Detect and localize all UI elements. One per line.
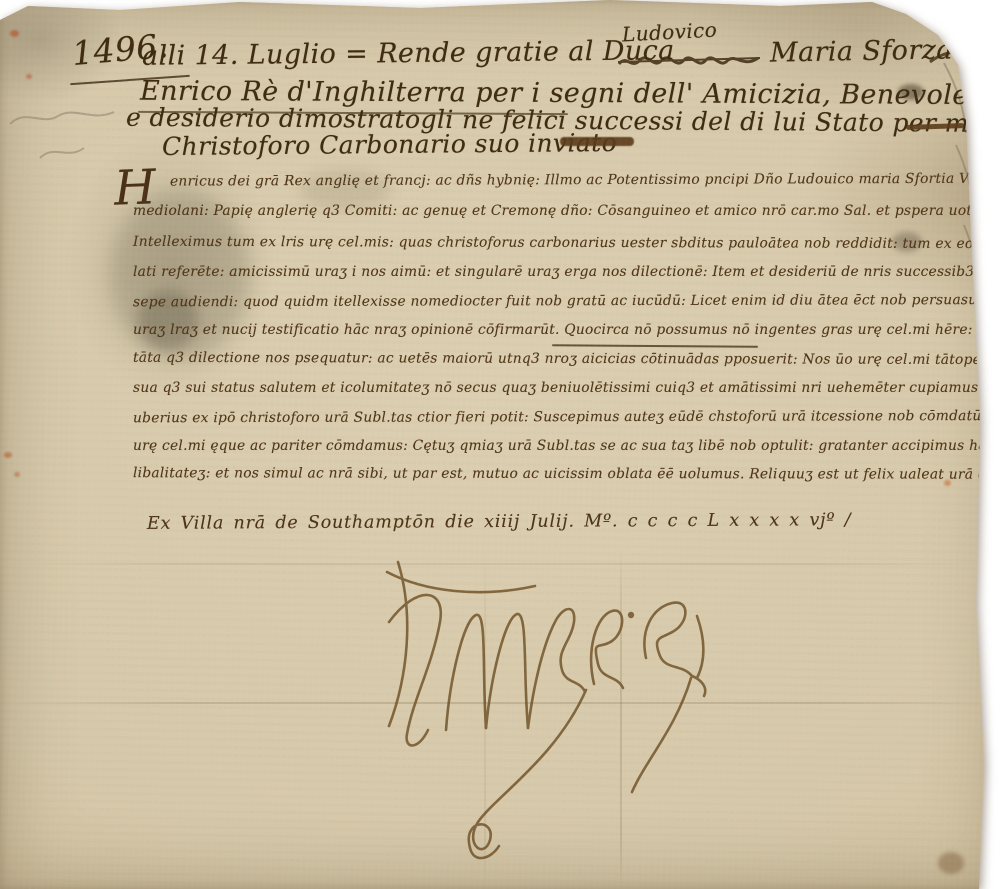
letter-line: sua q3 sui status salutem et icolumitate…	[133, 380, 1000, 396]
letter-line: uberius ex ipō christoforo urā Subl.tas …	[133, 408, 1000, 427]
rust-spot	[10, 30, 19, 37]
dateline: Ex Villa nrā de Southamptōn die xiiij Ju…	[147, 510, 852, 534]
letter-line: sepe audiendi: quod quidm itellexisse no…	[133, 292, 1000, 311]
ink-scribble-cancellation	[616, 48, 764, 74]
note-line1-name: Maria Sforza	[770, 34, 953, 68]
rust-spot	[14, 472, 20, 477]
parchment-sheet: 1496. alli 14. Luglio = Rende gratie al …	[0, 0, 1000, 889]
letter-line: libalitateʒ: et nos simul ac nrā sibi, u…	[133, 465, 1000, 483]
note-line1: alli 14. Luglio = Rende gratie al Duca	[142, 35, 675, 72]
note-line4: Christoforo Carbonario suo inviato	[162, 128, 617, 161]
manuscript-scan: 1496. alli 14. Luglio = Rende gratie al …	[0, 0, 1000, 889]
note-interlinear-name: Ludovico	[621, 18, 717, 47]
letter-line: lati referēte: amicissimū uraʒ i nos aim…	[133, 264, 1000, 280]
parchment-sheet-wrap: 1496. alli 14. Luglio = Rende gratie al …	[0, 0, 1000, 889]
stain-bottom-right	[938, 852, 964, 874]
heavy-ink-dash	[560, 137, 634, 146]
letter-line: Intelleximus tum ex lris urę cel.mis: qu…	[133, 234, 1000, 252]
letter-line: mediolani: Papię anglerię q3 Comiti: ac …	[133, 203, 1000, 219]
rust-spot	[4, 452, 12, 458]
letter-line: urę cel.mi ęque ac pariter cōmdamus: Cęt…	[133, 438, 1000, 454]
letter-line: enricus dei grā Rex anglię et francj: ac…	[170, 170, 1000, 189]
quocirca-underline	[552, 344, 758, 347]
pencil-annotation	[6, 98, 126, 178]
rust-spot	[26, 74, 32, 79]
henry-signature	[383, 556, 733, 868]
letter-line: tāta q3 dilectione nos psequatur: ac uet…	[133, 350, 1000, 369]
letter-line: uraʒ lraʒ et nucij testificatio hāc nraʒ…	[133, 322, 1000, 338]
pen-flourish	[928, 44, 990, 70]
